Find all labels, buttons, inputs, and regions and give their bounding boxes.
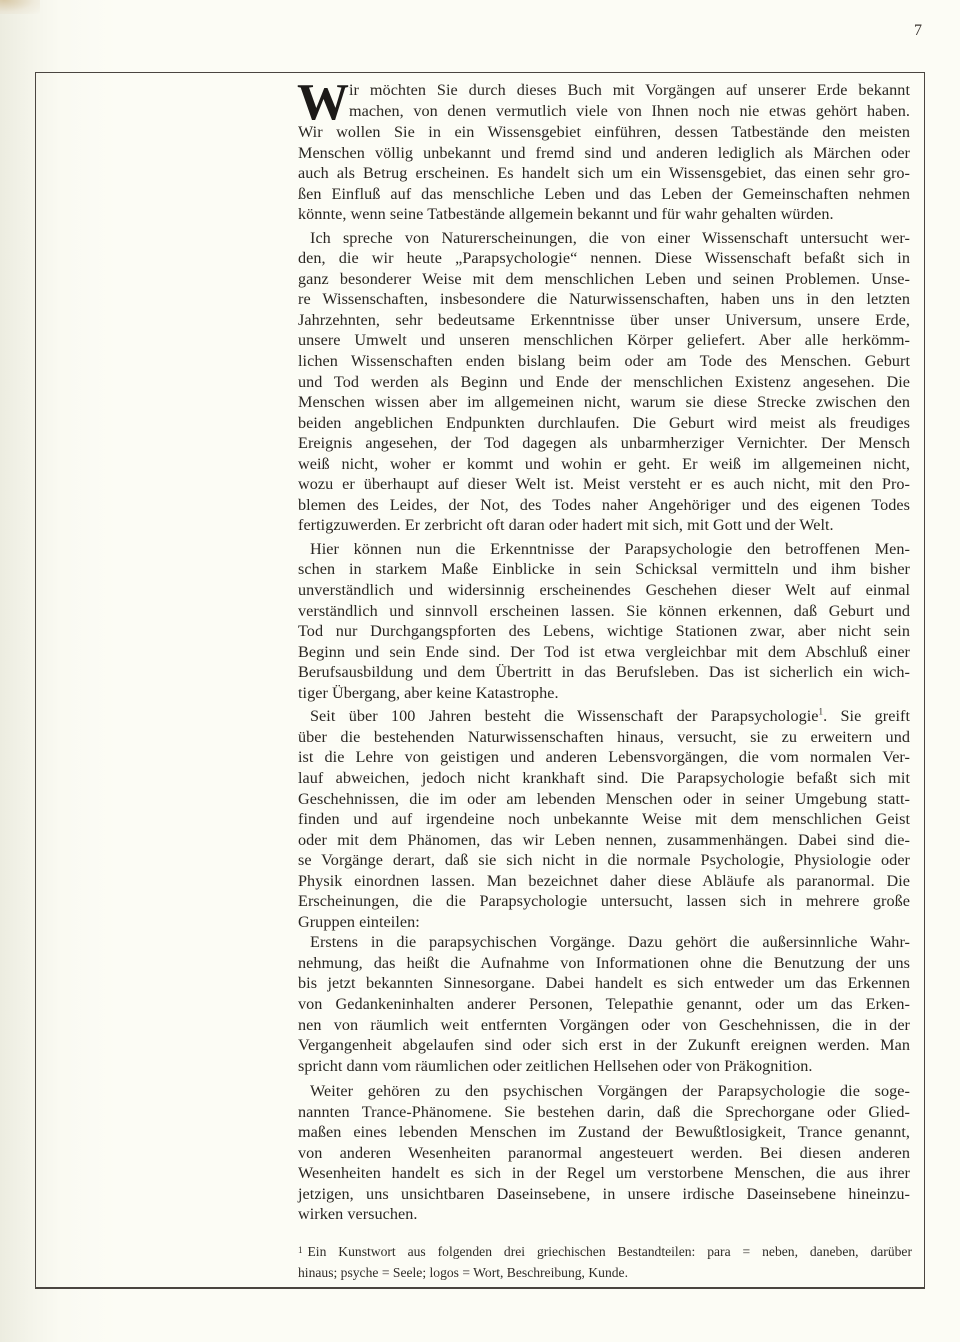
text-line: Physik einordnen lassen. Man bezeichnet … [298, 871, 910, 892]
text-line: auch als Betrug erscheinen. Es handelt s… [298, 163, 910, 184]
body-text: W ir möchten Sie durch dieses Buch mit V… [298, 80, 910, 1225]
text-line: wirken versuchen. [298, 1204, 910, 1225]
text-line: Wir wollen Sie in ein Wissensgebiet einf… [298, 122, 910, 143]
footnote-line: hinaus; psyche = Seele; logos = Wort, Be… [298, 1263, 912, 1284]
footnote-line: 1Ein Kunstwort aus folgenden drei griech… [298, 1240, 912, 1263]
footnote-mark: 1 [298, 1245, 303, 1255]
text-line: weiß nicht, woher er kommt und wohin er … [298, 454, 910, 475]
text-line: finden und auf irgendeine noch unbekannt… [298, 809, 910, 830]
text-line: Berufsausbildung und dem Übertritt in da… [298, 662, 910, 683]
text-line: Vergangenheit abgelaufen sind oder sich … [298, 1035, 910, 1056]
paragraph-4: Seit über 100 Jahren besteht die Wissens… [298, 706, 910, 932]
text-line: oder mit dem Phänomen, das wir Leben nen… [298, 830, 910, 851]
text-line: unverständlich und widersinnig erscheine… [298, 580, 910, 601]
page-number: 7 [914, 22, 922, 40]
footnote-text: Ein Kunstwort aus folgenden drei griechi… [308, 1244, 913, 1259]
text-line: Wesenheiten handelt es sich in der Regel… [298, 1163, 910, 1184]
text-line: Erscheinungen, die die Parapsychologie u… [298, 891, 910, 912]
text-line: se Vorgänge derart, daß sie sich nicht i… [298, 850, 910, 871]
paper-stain [0, 0, 40, 14]
text-line: könnte, wenn seine Tatbestände allgemein… [298, 204, 910, 225]
paragraph-5: Erstens in die parapsychischen Vorgänge.… [298, 932, 910, 1076]
text-line: Seit über 100 Jahren besteht die Wissens… [298, 706, 910, 727]
text-line: ganz besonderer Weise mit dem menschlich… [298, 269, 910, 290]
text-line: ist die Lehre von geistigen und anderen … [298, 747, 910, 768]
text-line: spricht dann vom räumlichen oder zeitlic… [298, 1056, 910, 1077]
text-line: Erstens in die parapsychischen Vorgänge.… [298, 932, 910, 953]
text-line: Beginn und sein Ende sind. Der Tod ist e… [298, 642, 910, 663]
text-line: über die bestehenden Naturwissenschaften… [298, 727, 910, 748]
paragraph-1: W ir möchten Sie durch dieses Buch mit V… [298, 80, 910, 225]
text-line: ir möchten Sie durch dieses Buch mit Vor… [298, 80, 910, 101]
text-line: bis jetzt bekannten Sinnesorgane. Dabei … [298, 973, 910, 994]
text-line: machen, von denen vermutlich viele von I… [298, 101, 910, 122]
text-line: Weiter gehören zu den psychischen Vorgän… [298, 1081, 910, 1102]
text-line: beiden angeblichen Endpunkten durchlaufe… [298, 413, 910, 434]
drop-cap: W [297, 80, 347, 122]
text-line: verständlich und sinnvoll erscheinen las… [298, 601, 910, 622]
text-segment: . Sie greift [823, 707, 910, 725]
text-line: Hier können nun die Erkenntnisse der Par… [298, 539, 910, 560]
text-line: von Gedankeninhalten anderer Personen, T… [298, 994, 910, 1015]
footnote: 1Ein Kunstwort aus folgenden drei griech… [298, 1240, 912, 1283]
paragraph-6: Weiter gehören zu den psychischen Vorgän… [298, 1081, 910, 1225]
text-line: schen in starkem Maße Einblicke in sein … [298, 559, 910, 580]
text-line: blemen des Leides, der Not, des Todes na… [298, 495, 910, 516]
text-line: Tod nur Durchgangspforten des Lebens, wi… [298, 621, 910, 642]
text-line: Gruppen einteilen: [298, 912, 910, 933]
text-line: unsere Umwelt und unseren menschlichen K… [298, 330, 910, 351]
text-line: und Tod werden als Beginn und Ende der m… [298, 372, 910, 393]
text-line: maßen eines lebenden Menschen im Zustand… [298, 1122, 910, 1143]
text-segment: Seit über 100 Jahren besteht die Wissens… [310, 707, 819, 725]
text-line: Ich spreche von Naturerscheinungen, die … [298, 228, 910, 249]
text-line: fertigzuwerden. Er zerbricht oft daran o… [298, 515, 910, 536]
text-line: wozu er überhaupt auf dieser Welt ist. M… [298, 474, 910, 495]
text-line: den, die wir heute „Parapsychologie“ nen… [298, 248, 910, 269]
text-line: nannten Trance-Phänomene. Sie bestehen d… [298, 1102, 910, 1123]
text-line: tiger Übergang, aber keine Katastrophe. [298, 683, 910, 704]
text-line: lauf abweichen, jedoch nicht krankhaft s… [298, 768, 910, 789]
text-line: Geschehnissen, die im oder am lebenden M… [298, 789, 910, 810]
text-line: lichen Wissenschaften enden bislang beim… [298, 351, 910, 372]
text-line: von anderen Wesenheiten paranormal anges… [298, 1143, 910, 1164]
text-line: re Wissenschaften, insbesondere die Natu… [298, 289, 910, 310]
text-line: ßen Einfluß auf das menschliche Leben un… [298, 184, 910, 205]
text-line: Menschen völlig unbekannt und fremd sind… [298, 143, 910, 164]
paragraph-2: Ich spreche von Naturerscheinungen, die … [298, 228, 910, 536]
text-line: nehmung, das heißt die Aufnahme von Info… [298, 953, 910, 974]
paragraph-3: Hier können nun die Erkenntnisse der Par… [298, 539, 910, 703]
text-line: nen von räumlich weit entfernten Vorgäng… [298, 1015, 910, 1036]
text-line: Menschen wissen aber im allgemeinen nich… [298, 392, 910, 413]
text-line: Ereignis angesehen, der Tod dagegen als … [298, 433, 910, 454]
text-line: jetzigen, uns unsichtbaren Daseinsebene,… [298, 1184, 910, 1205]
text-line: Jahrzehnten, sehr bedeutsame Erkenntniss… [298, 310, 910, 331]
